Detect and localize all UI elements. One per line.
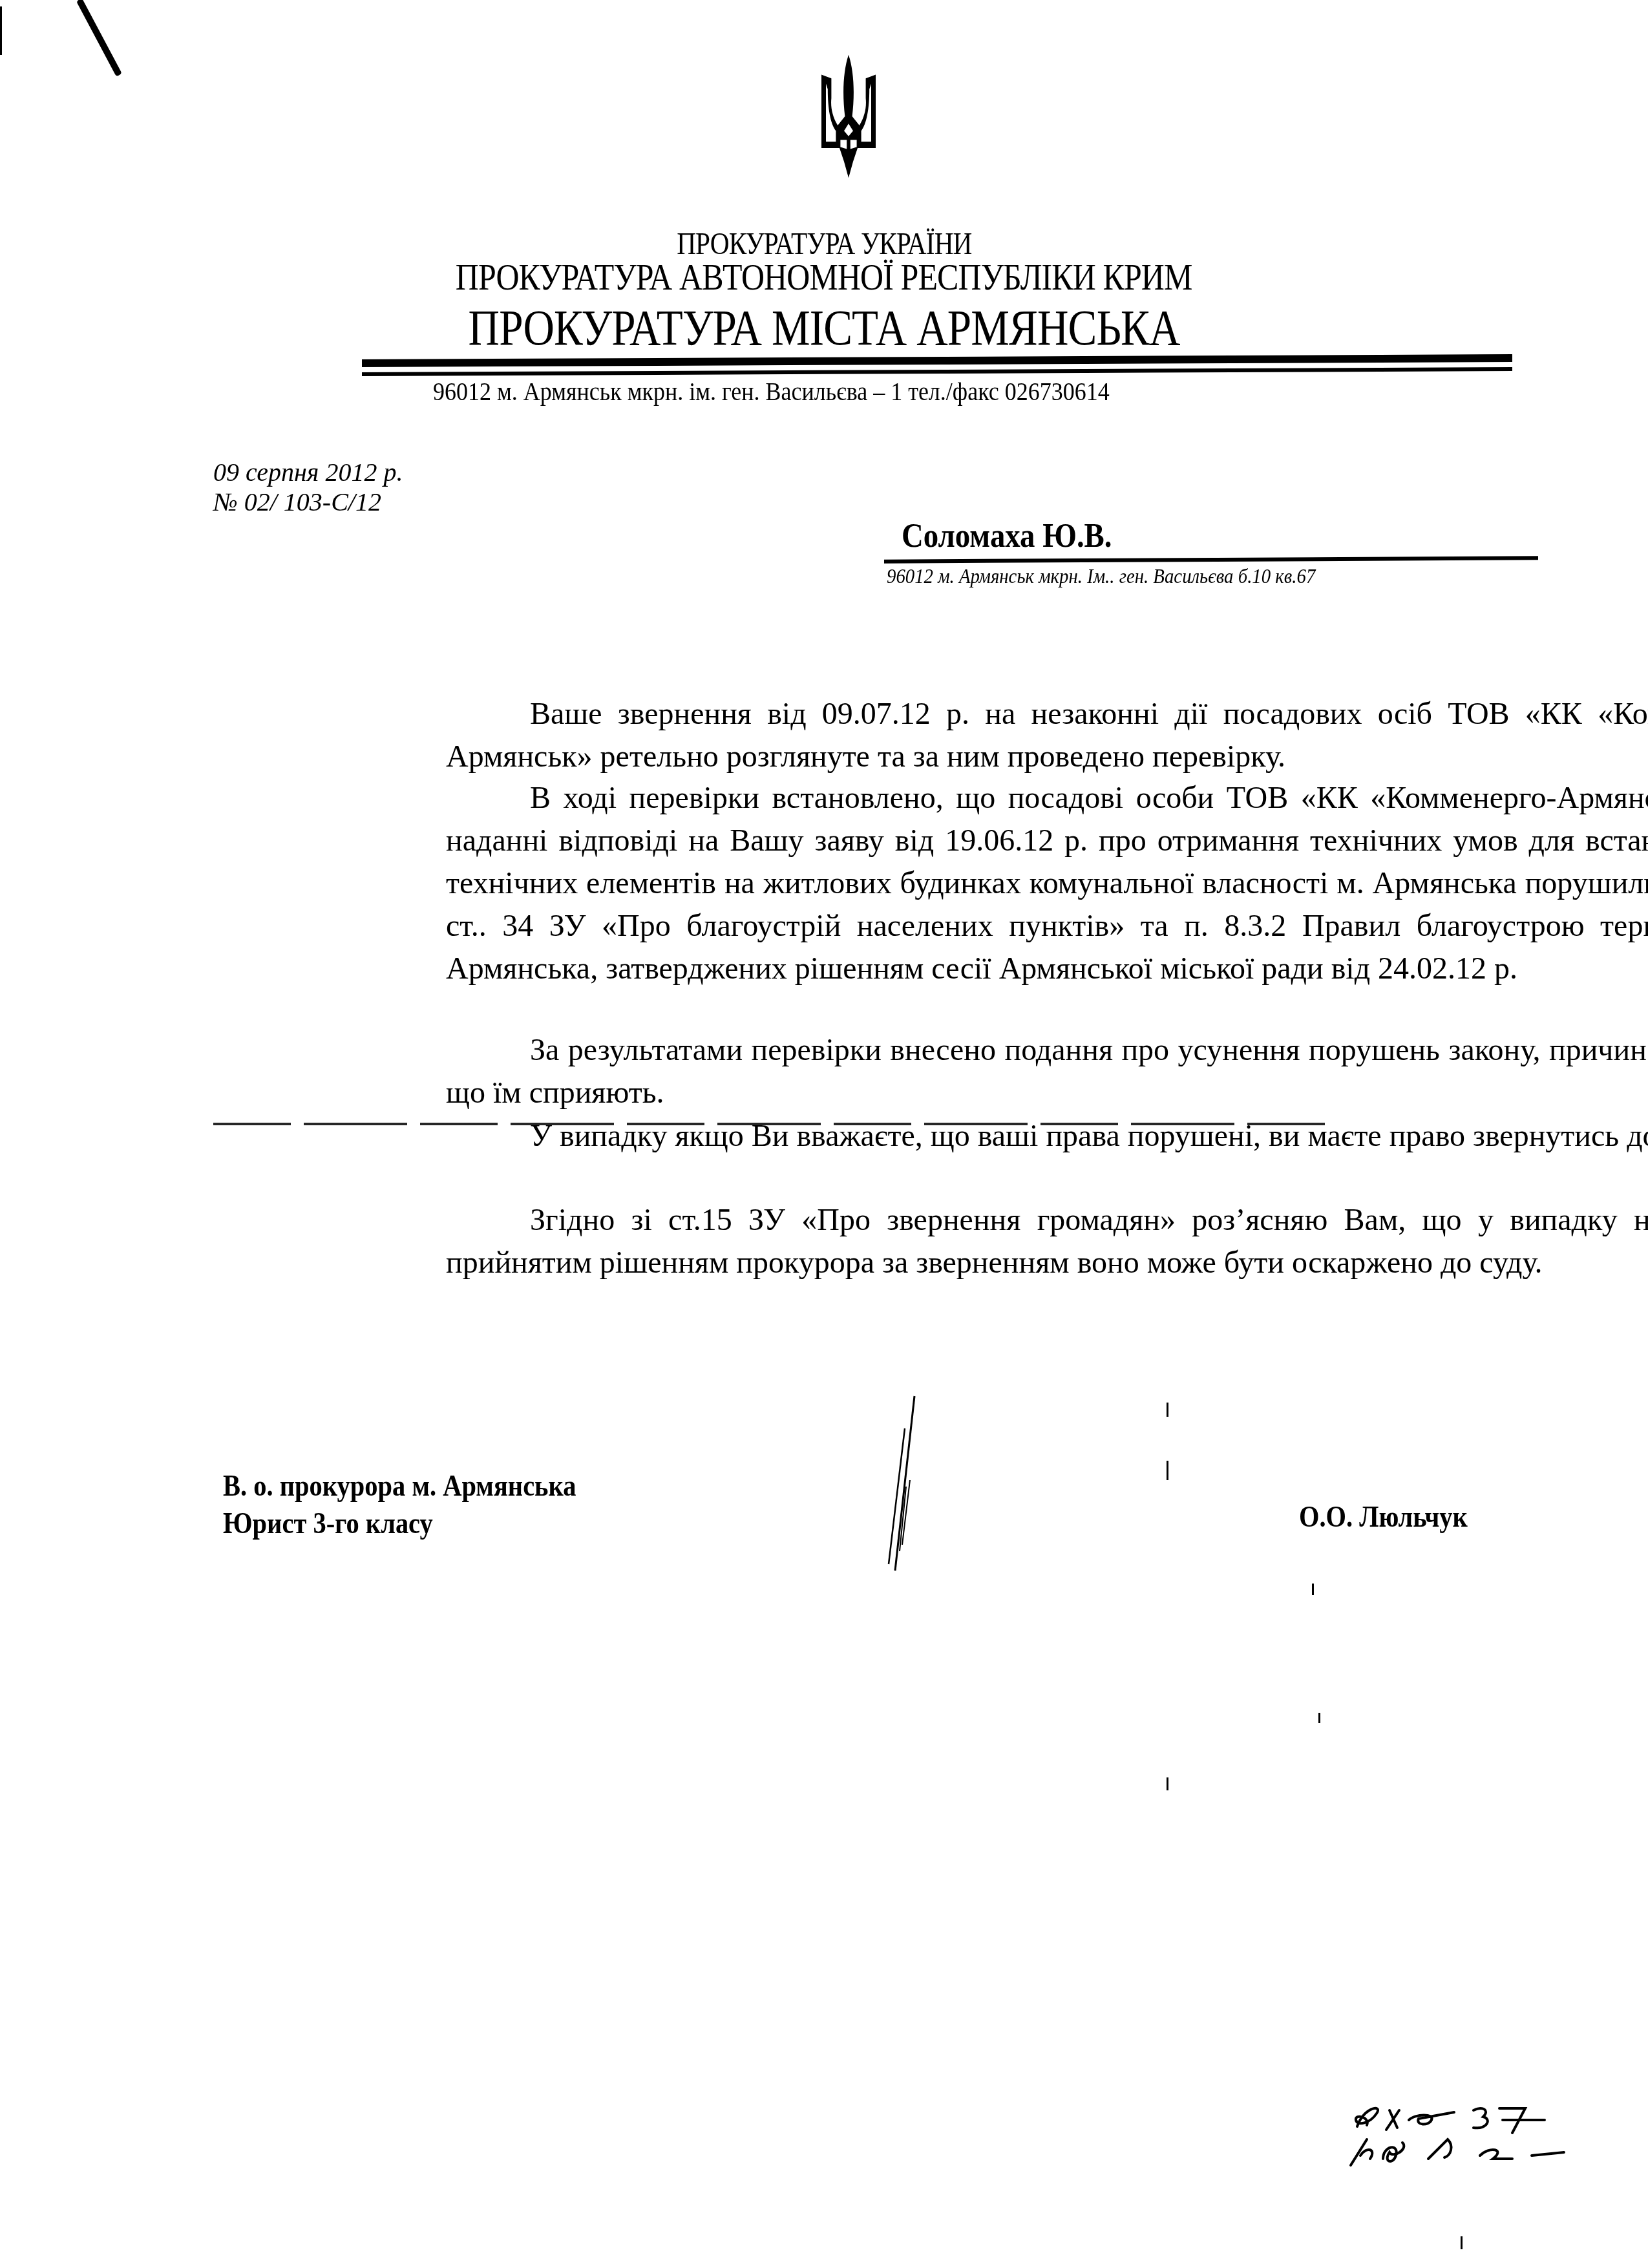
signatory-rank: Юрист 3-го класу [223,1506,461,1540]
letter-date: 09 серпня 2012 р. [213,457,403,487]
handwritten-registration-note-icon [1338,2094,1583,2185]
letter-number: № 02/ 103-С/12 [213,487,381,517]
body-paragraph: В ході перевірки встановлено, що посадов… [446,777,1648,990]
body-paragraph: У випадку якщо Ви вважаєте, що ваші прав… [446,1115,1648,1158]
recipient-name: Соломаха Ю.В. [902,517,1136,555]
scan-speck [1167,1461,1168,1480]
scan-speck [1312,1584,1314,1595]
scan-speck [1318,1713,1320,1723]
body-paragraph: За результатами перевірки внесено поданн… [446,1029,1648,1114]
recipient-address: 96012 м. Армянськ мкрн. Ім.. ген. Василь… [887,564,1363,588]
signatory-name: О.О. Люльчук [1299,1500,1490,1534]
scan-speck [1461,2236,1463,2249]
trident-emblem-icon [800,53,897,189]
scan-edge-mark [0,6,2,55]
scan-speck [1167,1403,1168,1417]
letterhead-title: ПРОКУРАТУРА МІСТА АРМЯНСЬКА [0,299,1648,357]
scan-speck [1167,1777,1168,1790]
scan-fold-line [213,1123,1338,1125]
letterhead-address: 96012 м. Армянськ мкрн. ім. ген. Васильє… [433,376,1185,407]
recipient-rule [884,556,1538,563]
handwritten-signature-icon [860,1390,937,1571]
letterhead-line-2: ПРОКУРАТУРА АВТОНОМНОЇ РЕСПУБЛІКИ КРИМ [0,255,1648,299]
body-paragraph: Ваше звернення від 09.07.12 р. на незако… [446,693,1648,778]
scan-artifact-stroke [76,0,122,77]
signatory-title: В. о. прокурора м. Армянська [223,1468,624,1503]
letterhead-rule-thin [362,367,1512,376]
body-paragraph: Згідно зі ст.15 ЗУ «Про звернення громад… [446,1199,1648,1284]
